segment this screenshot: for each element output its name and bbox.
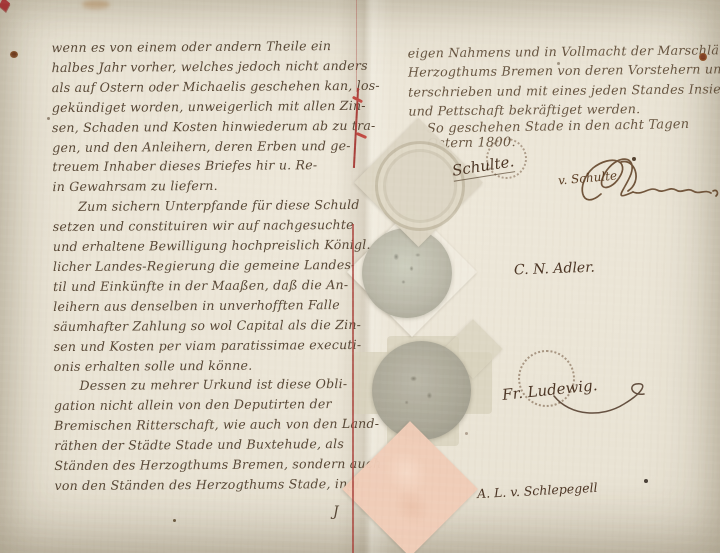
handwriting-line: sen und Kosten per viam paratissimae exe… — [53, 335, 357, 357]
handwriting-line: setzen und constituiren wir auf nachgesu… — [53, 215, 357, 237]
catchword: J — [333, 504, 339, 520]
handwriting-line: Dessen zu mehrer Urkund ist diese Obli- — [54, 374, 358, 396]
handwriting-line: säumhafter Zahlung so wol Capital als di… — [53, 315, 357, 337]
ink-speck — [632, 157, 636, 161]
signature-adler: C. N. Adler. — [514, 260, 595, 279]
handwriting-line: onis erhalten solle und könne. — [54, 354, 358, 376]
gray-wax-seal — [372, 341, 471, 440]
handwriting-line: leihern aus denselben in unverhofften Fa… — [53, 295, 357, 317]
seal-emboss-ring — [375, 141, 465, 231]
handwriting-line: Bremischen Ritterschaft, wie auch von de… — [54, 414, 358, 436]
foxing-stain — [10, 51, 18, 58]
red-wax-fragment — [0, 0, 10, 11]
ink-speck — [557, 62, 560, 65]
ink-speck — [644, 479, 648, 483]
handwriting-line: und erhaltene Bewilligung hochpreislich … — [53, 235, 357, 257]
handwriting-line: Zum sichern Unterpfande für diese Schuld — [53, 195, 357, 217]
handwriting-line: halbes Jahr vorher, welches jedoch nicht… — [52, 56, 356, 78]
foxing-stain — [82, 0, 110, 9]
ink-speck — [173, 519, 176, 522]
binding-thread — [352, 224, 354, 553]
manuscript-photo: wenn es von einem oder andern Theile ein… — [0, 0, 720, 553]
handwriting-line: licher Landes-Regierung die gemeine Land… — [53, 255, 357, 277]
handwriting-line: räthen der Städte Stade und Buxtehude, a… — [54, 434, 358, 456]
right-page-text: eigen Nahmens und in Vollmacht der Marsc… — [408, 40, 711, 121]
ink-speck — [47, 117, 50, 120]
signature-schlepegell: A. L. v. Schlepegell — [477, 480, 598, 501]
binding-thread — [356, 0, 357, 92]
handwriting-line: terschrieben und mit eines jeden Standes… — [408, 79, 710, 102]
left-page-text: wenn es von einem oder andern Theile ein… — [51, 36, 358, 496]
handwriting-line: gen, und den Anleihern, deren Erben und … — [52, 135, 356, 157]
handwriting-line: als auf Ostern oder Michaelis geschehen … — [52, 76, 356, 98]
gray-wax-seal — [362, 228, 452, 318]
handwriting-line: in Gewahrsam zu liefern. — [52, 175, 356, 197]
signature-flourish — [573, 146, 720, 221]
handwriting-line: sen, Schaden und Kosten hinwiederum ab z… — [52, 116, 356, 138]
handwriting-line: gekündiget worden, unweigerlich mit alle… — [52, 96, 356, 118]
handwriting-line: gation nicht allein von den Deputirten d… — [54, 394, 358, 416]
handwriting-line: von den Ständen des Herzogthums Stade, i… — [54, 474, 358, 496]
handwriting-line: til und Einkünfte in der Maaßen, daß die… — [53, 275, 357, 297]
signature-swash — [552, 378, 657, 423]
handwriting-line: wenn es von einem oder andern Theile ein — [51, 36, 355, 58]
ink-speck — [465, 432, 468, 435]
foxing-stain — [699, 53, 707, 61]
handwriting-line: Ständen des Herzogthums Bremen, sondern … — [54, 454, 358, 476]
handwriting-line: treuem Inhaber dieses Briefes hir u. Re- — [52, 155, 356, 177]
